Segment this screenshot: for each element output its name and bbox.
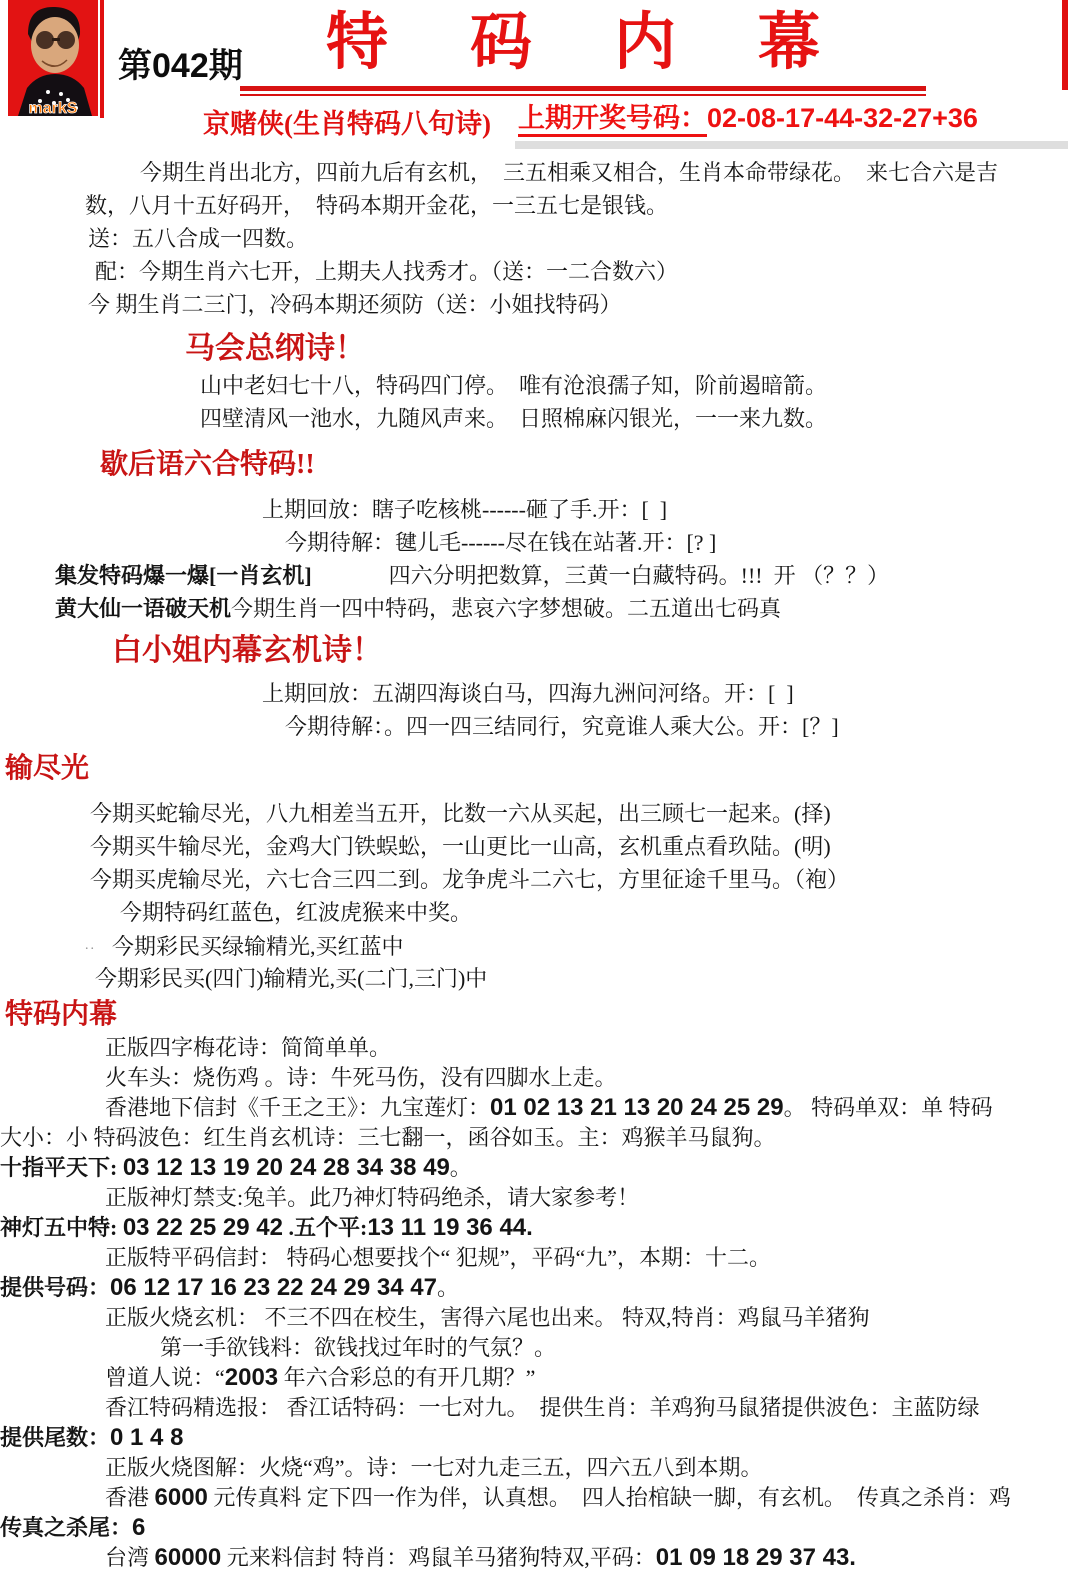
text-line: 正版神灯禁支:兔羊。此乃神灯特码绝杀，请大家参考！ <box>0 1183 1068 1213</box>
text-segment: 元传真料 定下四一作为伴，认真想。 四人抬棺缺一脚，有玄机。 传真之杀肖：鸡 <box>208 1485 1011 1510</box>
section-title-xiehouyu: 歇后语六合特码!! <box>0 447 1068 483</box>
text-segment: 正版神灯禁支:兔羊。此乃神灯特码绝杀，请大家参考！ <box>105 1185 639 1210</box>
section-title-mahui: 马会总纲诗！ <box>0 329 1068 369</box>
text-line: 香江特码精选报： 香江话特码：一七对九。 提供生肖：羊鸡狗马鼠猪提供波色：主蓝防… <box>0 1393 1068 1423</box>
text-segment: 上期回放：瞎子吃核桃------砸了手.开：[ ] <box>262 497 667 522</box>
number-sequence: 6 <box>132 1514 145 1541</box>
text-segment: 神灯五中特: <box>0 1215 123 1240</box>
page-title: 特码内幕 <box>326 4 902 82</box>
red-divider-left <box>100 0 104 118</box>
number-sequence: 60000 <box>155 1544 222 1571</box>
text-segment: 香港地下信封《千王之王》：九宝莲灯： <box>105 1095 490 1120</box>
number-sequence: 03 12 13 19 20 24 28 34 38 49 <box>123 1154 450 1181</box>
text-segment: 今期特码红蓝色，红波虎猴来中奖。 <box>120 900 472 925</box>
text-line: 今期买牛输尽光，金鸡大门铁蜈蚣，一山更比一山高，玄机重点看玖陆。(明) <box>0 830 1068 863</box>
number-sequence: 01 09 18 29 37 43. <box>656 1544 856 1571</box>
number-sequence: 13 11 19 36 44. <box>367 1214 533 1241</box>
text-line: 正版四字梅花诗：简简单单。 <box>0 1033 1068 1063</box>
text-segment: 今期生肖一四中特码，悲哀六字梦想破。二五道出七码真 <box>231 596 781 621</box>
text-segment: 白小姐内幕玄机诗！ <box>112 634 382 667</box>
text-line: 今期买蛇输尽光，八九相差当五开，比数一六从买起，出三顾七一起来。(择) <box>0 797 1068 830</box>
previous-draw-numbers: 02-08-17-44-32-27+36 <box>707 103 978 133</box>
text-segment: 四壁清风一池水，九随风声来。 日照棉麻闪银光，一一来九数。 <box>200 406 827 431</box>
author-photo: markS <box>8 0 98 116</box>
text-segment: 年六合彩总的有开几期？” <box>278 1365 535 1390</box>
text-segment: 输尽光 <box>5 753 89 784</box>
number-sequence: 01 02 13 21 13 20 24 25 29 <box>490 1094 784 1121</box>
text-line: 正版火烧玄机： 不三不四在校生，害得六尾也出来。 特双,特肖：鸡鼠马羊猪狗 <box>0 1303 1068 1333</box>
text-segment: 正版特平码信封： 特码心想要找个“ 犯规”，平码“九”，本期：十二。 <box>105 1245 771 1270</box>
text-segment: 数，八月十五好码开， 特码本期开金花，一三五七是银钱。 <box>85 193 668 218</box>
text-line: 今期特码红蓝色，红波虎猴来中奖。 <box>0 896 1068 929</box>
text-line: 上期回放：瞎子吃核桃------砸了手.开：[ ] <box>0 493 1068 526</box>
text-line: 今期彩民买(四门)输精光,买(二门,三门)中 <box>0 962 1068 995</box>
text-line: 今 期生肖二三门，冷码本期还须防（送：小姐找特码） <box>0 288 1068 321</box>
red-divider-right <box>1062 0 1068 90</box>
number-sequence: 6000 <box>155 1484 208 1511</box>
text-line: 四壁清风一池水，九随风声来。 日照棉麻闪银光，一一来九数。 <box>0 402 1068 435</box>
text-segment: 马会总纲诗！ <box>185 332 365 365</box>
text-segment: 提供号码： <box>0 1275 110 1300</box>
text-segment: 配：今期生肖六七开，上期夫人找秀才。（送：一二合数六） <box>95 259 678 284</box>
text-segment: .五个平: <box>283 1215 367 1240</box>
text-line: 大小：小 特码波色：红生肖玄机诗：三七翻一，函谷如玉。主：鸡猴羊马鼠狗。 <box>0 1123 1068 1153</box>
text-segment: 。 <box>450 1155 472 1180</box>
lottery-tip-sheet: { "colors": { "accent_red": "#e01010", "… <box>0 0 1068 1575</box>
text-segment: 今期彩民买(四门)输精光,买(二门,三门)中 <box>95 966 487 991</box>
text-segment: 今期待解：毽儿毛------尽在钱在站著.开：[? ] <box>285 530 716 555</box>
text-line: ..今期彩民买绿输精光,买红蓝中 <box>0 929 1068 962</box>
text-segment: 曾道人说：“ <box>105 1365 225 1390</box>
text-segment: 火车头：烧伤鸡 。诗：牛死马伤，没有四脚水上走。 <box>105 1065 617 1090</box>
text-segment: 上期回放：五湖四海谈白马，四海九洲问河络。开：[ ] <box>262 681 794 706</box>
number-sequence: 2003 <box>225 1364 278 1391</box>
text-line: 送：五八合成一四数。 <box>0 222 1068 255</box>
text-line: 数，八月十五好码开， 特码本期开金花，一三五七是银钱。 <box>0 189 1068 222</box>
previous-draw: 上期开奖号码：02-08-17-44-32-27+36 <box>518 96 978 135</box>
text-segment: 正版火烧玄机： 不三不四在校生，害得六尾也出来。 特双,特肖：鸡鼠马羊猪狗 <box>105 1305 870 1330</box>
text-segment: 第一手欲钱料：欲钱找过年时的气氛？。 <box>160 1335 556 1360</box>
text-line: 正版火烧图解：火烧“鸡”。诗：一七对九走三五，四六五八到本期。 <box>0 1453 1068 1483</box>
previous-draw-label: 上期开奖号码： <box>518 103 707 137</box>
text-segment: 山中老妇七十八，特码四门停。 唯有沧浪孺子知，阶前遏暗箭。 <box>200 373 827 398</box>
body-lines: 今期生肖出北方，四前九后有玄机， 三五相乘又相合，生肖本命带绿花。 来七合六是吉… <box>0 150 1068 1573</box>
text-line: 提供号码：06 12 17 16 23 22 24 29 34 47。 <box>0 1273 1068 1303</box>
text-segment: .. <box>85 938 96 953</box>
text-line: 十指平天下: 03 12 13 19 20 24 28 34 38 49。 <box>0 1153 1068 1183</box>
text-segment: 大小：小 特码波色：红生肖玄机诗：三七翻一，函谷如玉。主：鸡猴羊马鼠狗。 <box>0 1125 776 1150</box>
text-line: 提供尾数：0 1 4 8 <box>0 1423 1068 1453</box>
title-underline <box>240 86 926 96</box>
text-segment: 歇后语六合特码!! <box>100 449 315 480</box>
text-line: 今期待解：。四一四三结同行，究竟谁人乘大公。开：[？] <box>0 710 1068 743</box>
text-line: 曾道人说：“2003 年六合彩总的有开几期？” <box>0 1363 1068 1393</box>
text-segment: 今期生肖出北方，四前九后有玄机， 三五相乘又相合，生肖本命带绿花。 来七合六是吉 <box>140 160 998 185</box>
text-segment: 今期买虎输尽光，六七合三四二到。龙争虎斗二六七，方里征途千里马。（袍） <box>90 867 849 892</box>
text-line: 香港地下信封《千王之王》：九宝莲灯：01 02 13 21 13 20 24 2… <box>0 1093 1068 1123</box>
section-title-baixiaojie: 白小姐内幕玄机诗！ <box>0 631 1068 671</box>
text-segment: 香江特码精选报： 香江话特码：一七对九。 提供生肖：羊鸡狗马鼠猪提供波色：主蓝防… <box>105 1395 980 1420</box>
text-segment: 。 特码单双：单 特码 <box>784 1095 993 1120</box>
text-segment: 元来料信封 特肖：鸡鼠羊马猪狗特双,平码： <box>221 1545 656 1570</box>
text-segment: 今期买蛇输尽光，八九相差当五开，比数一六从买起，出三顾七一起来。(择) <box>90 801 831 826</box>
text-segment: 黄大仙一语破天机 <box>55 596 231 621</box>
text-segment: 四六分明把数算，三黄一白藏特码。!!! 开 （？？） <box>312 563 889 588</box>
text-line: 正版特平码信封： 特码心想要找个“ 犯规”，平码“九”，本期：十二。 <box>0 1243 1068 1273</box>
issue-number: 第042期 <box>118 38 243 87</box>
number-sequence: 0 1 4 8 <box>110 1424 183 1451</box>
text-line: 传真之杀尾：6 <box>0 1513 1068 1543</box>
text-line: 今期待解：毽儿毛------尽在钱在站著.开：[? ] <box>0 526 1068 559</box>
text-segment: 送：五八合成一四数。 <box>88 226 308 251</box>
text-segment: 。 <box>437 1275 459 1300</box>
text-segment: 正版四字梅花诗：简简单单。 <box>105 1035 391 1060</box>
number-sequence: 06 12 17 16 23 22 24 29 34 47 <box>110 1274 437 1301</box>
text-segment: 特码内幕 <box>5 999 117 1030</box>
text-segment: 台湾 <box>105 1545 155 1570</box>
text-segment: 香港 <box>105 1485 155 1510</box>
series-label: 京赌侠(生肖特码八句诗) <box>203 102 491 141</box>
text-line: 台湾 60000 元来料信封 特肖：鸡鼠羊马猪狗特双,平码：01 09 18 2… <box>0 1543 1068 1573</box>
number-sequence: 03 22 25 29 42 <box>123 1214 283 1241</box>
text-line: 火车头：烧伤鸡 。诗：牛死马伤，没有四脚水上走。 <box>0 1063 1068 1093</box>
text-segment: 提供尾数： <box>0 1425 110 1450</box>
text-line: 黄大仙一语破天机今期生肖一四中特码，悲哀六字梦想破。二五道出七码真 <box>0 592 1068 625</box>
section-title-temaneimu: 特码内幕 <box>0 997 1068 1033</box>
section-title-shujinguang: 输尽光 <box>0 751 1068 787</box>
text-segment: 今期待解：。四一四三结同行，究竟谁人乘大公。开：[？] <box>285 714 839 739</box>
text-line: 集发特码爆一爆[一肖玄机] 四六分明把数算，三黄一白藏特码。!!! 开 （？？） <box>0 559 1068 592</box>
text-line: 上期回放：五湖四海谈白马，四海九洲问河络。开：[ ] <box>0 677 1068 710</box>
text-line: 今期生肖出北方，四前九后有玄机， 三五相乘又相合，生肖本命带绿花。 来七合六是吉 <box>0 156 1068 189</box>
text-line: 神灯五中特: 03 22 25 29 42 .五个平:13 11 19 36 4… <box>0 1213 1068 1243</box>
text-segment: 今 期生肖二三门，冷码本期还须防（送：小姐找特码） <box>88 292 622 317</box>
text-segment: 今期彩民买绿输精光,买红蓝中 <box>112 934 404 959</box>
text-line: 香港 6000 元传真料 定下四一作为伴，认真想。 四人抬棺缺一脚，有玄机。 传… <box>0 1483 1068 1513</box>
scan-artifact-band <box>515 141 1068 149</box>
text-segment: 十指平天下: <box>0 1155 123 1180</box>
text-segment: 今期买牛输尽光，金鸡大门铁蜈蚣，一山更比一山高，玄机重点看玖陆。(明) <box>90 834 831 859</box>
masthead: markS 第042期 特码内幕 京赌侠(生肖特码八句诗) 上期开奖号码：02-… <box>0 0 1068 150</box>
text-segment: 传真之杀尾： <box>0 1515 132 1540</box>
text-segment: 正版火烧图解：火烧“鸡”。诗：一七对九走三五，四六五八到本期。 <box>105 1455 763 1480</box>
text-segment: 集发特码爆一爆[一肖玄机] <box>55 563 312 588</box>
text-line: 配：今期生肖六七开，上期夫人找秀才。（送：一二合数六） <box>0 255 1068 288</box>
photo-watermark-text: markS <box>29 100 78 116</box>
text-line: 第一手欲钱料：欲钱找过年时的气氛？。 <box>0 1333 1068 1363</box>
text-line: 山中老妇七十八，特码四门停。 唯有沧浪孺子知，阶前遏暗箭。 <box>0 369 1068 402</box>
text-line: 今期买虎输尽光，六七合三四二到。龙争虎斗二六七，方里征途千里马。（袍） <box>0 863 1068 896</box>
